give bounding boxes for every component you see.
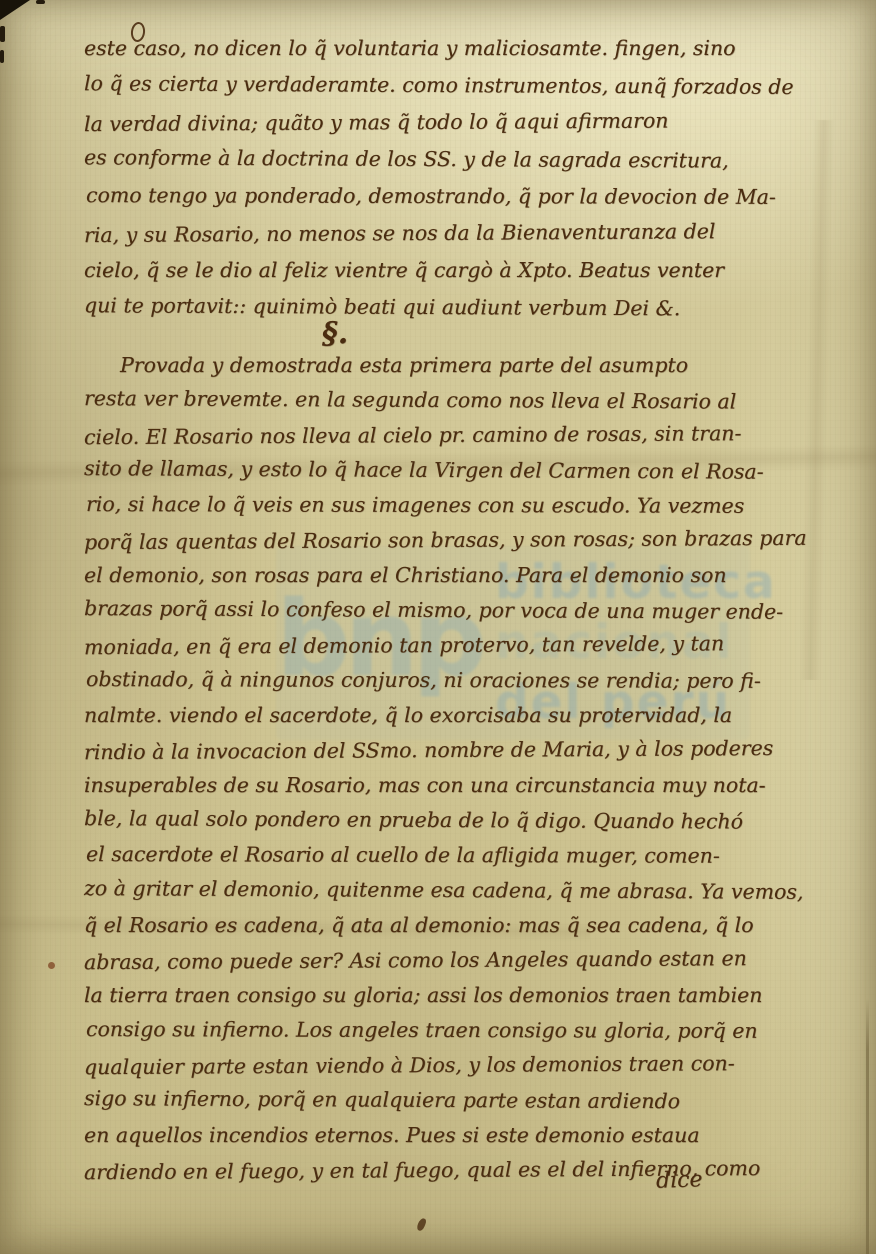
manuscript-line: brazas porq̃ assi lo confeso el mismo, p…	[84, 591, 807, 630]
manuscript-line: es conforme à la doctrina de los SS. y d…	[84, 139, 770, 180]
manuscript-line: q̃ el Rosario es cadena, q̃ ata al demon…	[84, 908, 807, 943]
scan-edge-speck	[0, 50, 4, 63]
scan-corner-artifact	[0, 0, 30, 20]
manuscript-line: resta ver brevemte. en la segunda como n…	[84, 381, 807, 420]
manuscript-line: cielo. El Rosario nos lleva al cielo pr.…	[84, 416, 807, 455]
manuscript-line: este caso, no dicen lo q̃ voluntaria y m…	[84, 30, 770, 67]
manuscript-line: qui te portavit:: quinimò beati qui audi…	[84, 287, 770, 328]
manuscript-line: abrasa, como puede ser? Asi como los Ang…	[84, 941, 807, 980]
manuscript-line: insuperables de su Rosario, mas con una …	[84, 768, 807, 803]
manuscript-line: sito de llamas, y esto lo q̃ hace la Vir…	[84, 451, 807, 490]
manuscript-line: la tierra traen consigo su gloria; assi …	[84, 978, 807, 1013]
manuscript-line: nalmte. viendo el sacerdote, q̃ lo exorc…	[84, 698, 807, 733]
manuscript-line: ble, la qual solo pondero en prueba de l…	[84, 801, 807, 840]
page-edge-shadow	[866, 998, 869, 1254]
section-mark: §.	[322, 316, 348, 351]
manuscript-line: consigo su infierno. Los angeles traen c…	[86, 1012, 809, 1049]
catchword: dice	[656, 1167, 703, 1194]
scan-edge-speck	[0, 26, 5, 42]
manuscript-line: sigo su infierno, porq̃ en qualquiera pa…	[84, 1081, 807, 1120]
manuscript-line: rindio à la invocacion del SSmo. nombre …	[84, 731, 807, 770]
manuscript-line: Provada y demostrada esta primera parte …	[84, 348, 807, 383]
manuscript-line: zo à gritar el demonio, quitenme esa cad…	[84, 871, 807, 910]
manuscript-line: porq̃ las quentas del Rosario son brasas…	[84, 521, 807, 560]
manuscript-line: como tengo ya ponderado, demostrando, q̃…	[86, 177, 772, 216]
paragraph-2: Provada y demostrada esta primera parte …	[84, 348, 807, 1188]
manuscript-line: el demonio, son rosas para el Christiano…	[84, 558, 807, 593]
manuscript-line: moniada, en q̃ era el demonio tan proter…	[84, 626, 807, 665]
scan-edge-speck	[36, 0, 45, 4]
manuscript-line: obstinado, q̃ à ningunos conjuros, ni or…	[86, 662, 809, 699]
manuscript-line: rio, si hace lo q̃ veis en sus imagenes …	[86, 487, 809, 524]
paragraph-1: este caso, no dicen lo q̃ voluntaria y m…	[84, 30, 770, 326]
manuscript-page: bnp biblioteca nacional del perú este ca…	[0, 0, 876, 1254]
manuscript-text: este caso, no dicen lo q̃ voluntaria y m…	[84, 30, 770, 1230]
manuscript-line: cielo, q̃ se le dio al feliz vientre q̃ …	[84, 252, 770, 289]
manuscript-line: en aquellos incendios eternos. Pues si e…	[84, 1118, 807, 1153]
manuscript-line: qualquier parte estan viendo à Dios, y l…	[84, 1046, 807, 1085]
ink-spot	[48, 962, 55, 969]
manuscript-line: lo q̃ es cierta y verdaderamte. como ins…	[84, 65, 770, 106]
manuscript-line: la verdad divina; quãto y mas q̃ todo lo…	[84, 102, 770, 143]
manuscript-line: ria, y su Rosario, no menos se nos da la…	[84, 213, 770, 254]
manuscript-line: el sacerdote el Rosario al cuello de la …	[86, 837, 809, 874]
